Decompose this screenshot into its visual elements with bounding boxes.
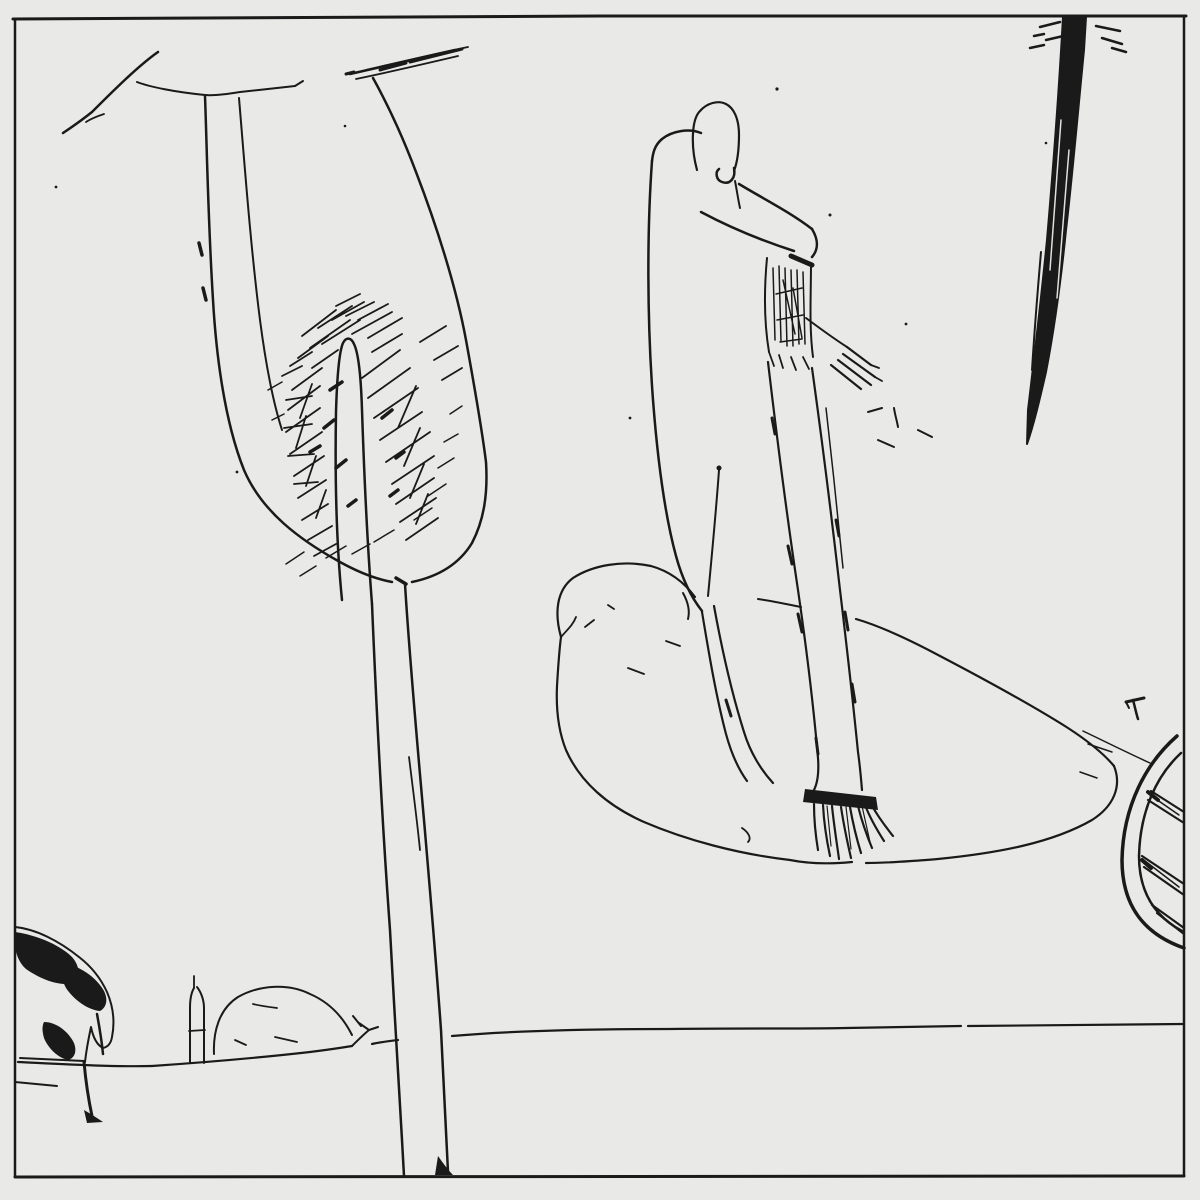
cart-wheel: [1080, 698, 1184, 948]
figure-hand: [806, 318, 882, 389]
figure-arm: [739, 184, 812, 229]
figure-head: [693, 102, 739, 171]
ink-drawing: [0, 0, 1200, 1200]
figure-legs: [702, 362, 862, 790]
drawing-canvas: [0, 0, 1200, 1200]
mound: [557, 563, 1117, 863]
hatched-cloth: [765, 256, 813, 370]
frame-border: [13, 16, 1186, 1177]
cow: [15, 927, 113, 1123]
horizon: [18, 1016, 1183, 1066]
bent-stalk: [336, 339, 453, 1176]
bush: [214, 987, 352, 1054]
gourd-right-outline: [373, 78, 486, 582]
drooping-plant: [63, 47, 486, 1176]
brush-foot: [803, 789, 893, 859]
coated-figure: [648, 102, 932, 859]
coat-back: [648, 161, 702, 611]
wheel-spokes: [1142, 791, 1184, 934]
falling-dashes: [868, 408, 932, 447]
ink-specks: [55, 87, 1048, 473]
dark-branch: [1027, 17, 1126, 444]
arrow-mark: [1126, 698, 1144, 719]
tower: [189, 976, 205, 1063]
gourd-left-outline: [205, 96, 392, 582]
